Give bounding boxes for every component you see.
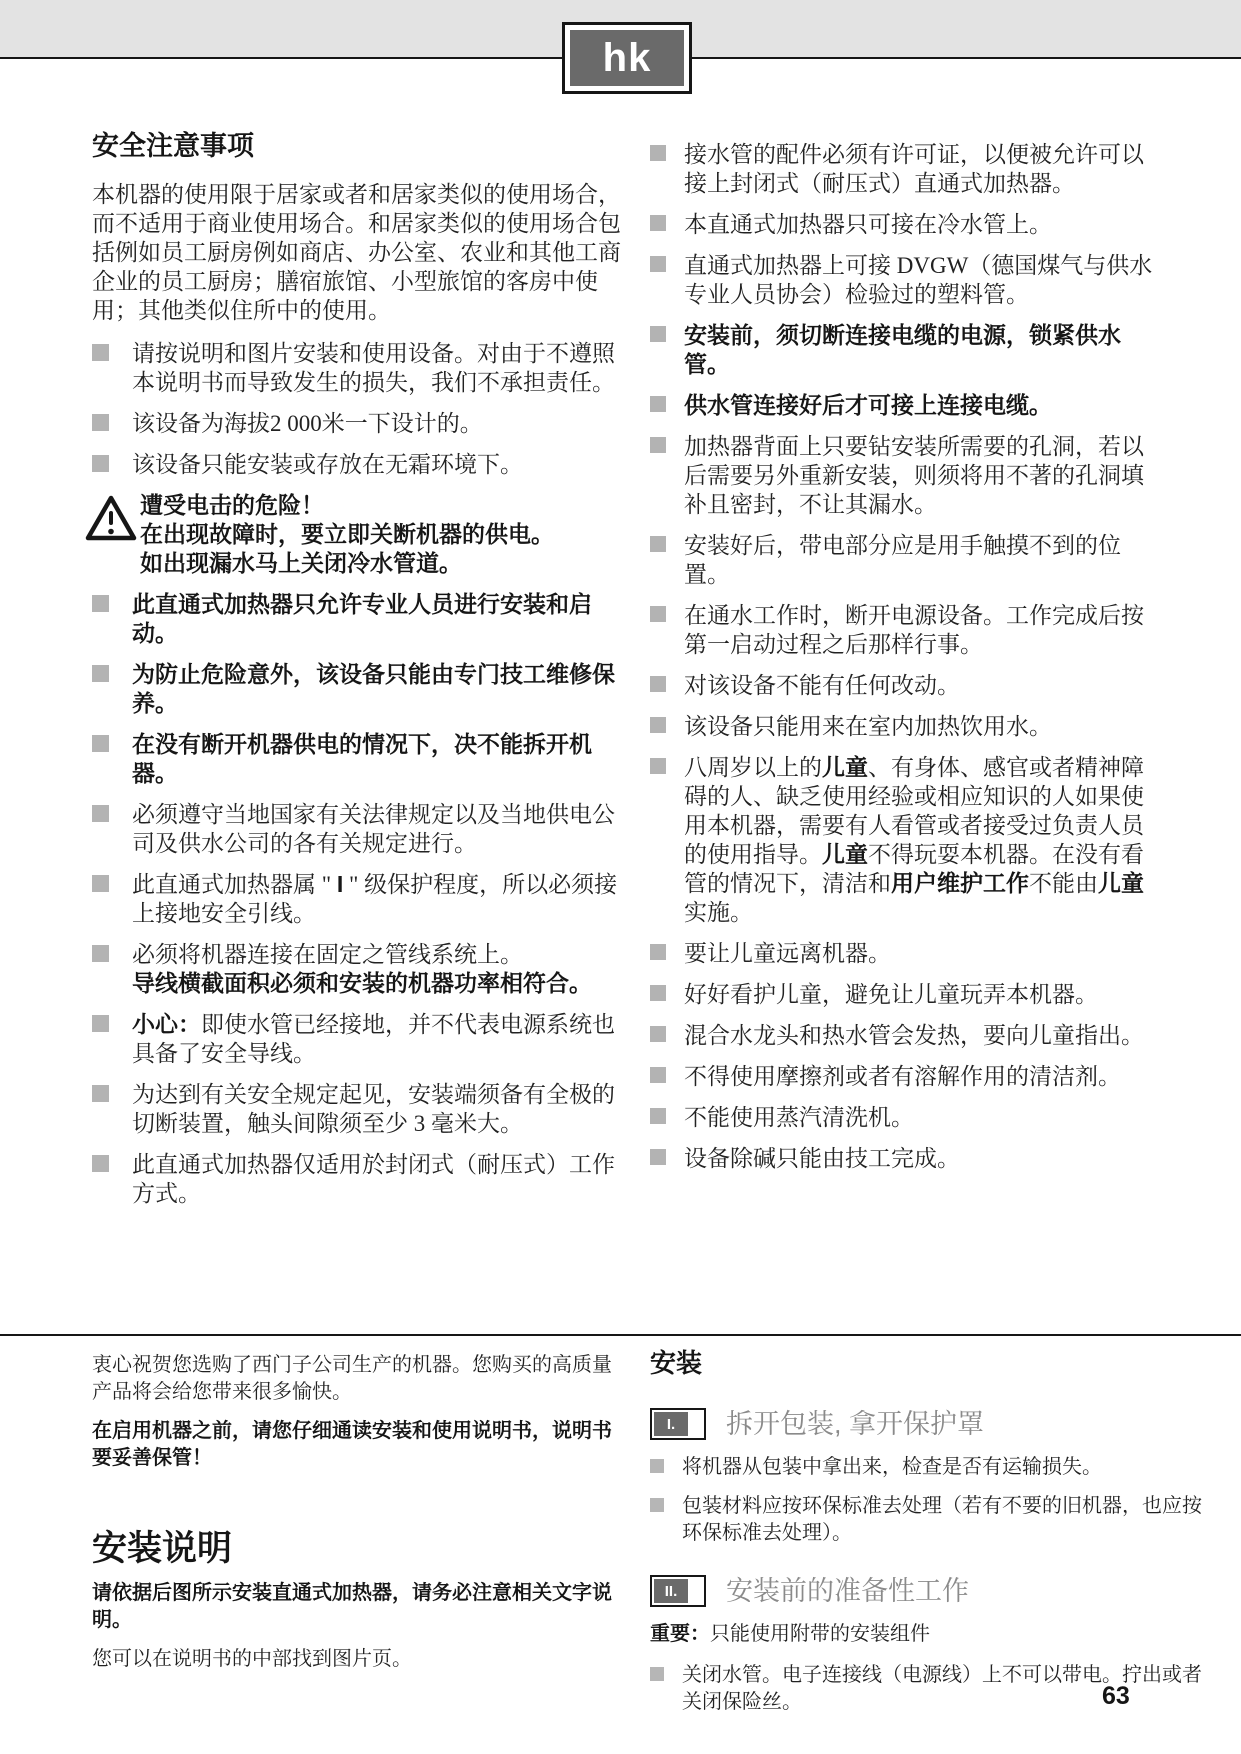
item-text: 对该设备不能有任何改动。 xyxy=(684,673,960,698)
safety-intro: 本机器的使用限于居家或者和居家类似的使用场合，而不适用于商业使用场合。和居家类似… xyxy=(92,180,626,325)
bullet-icon xyxy=(650,396,666,412)
item-text: 该设备只能安装或存放在无霜环境下。 xyxy=(132,452,523,477)
bullet-icon xyxy=(92,1015,109,1032)
install-instructions-title: 安装说明 xyxy=(92,1528,630,1570)
step-1-header: I. 拆开包装, 拿开保护罩 xyxy=(650,1408,1216,1440)
bullet-icon xyxy=(650,1459,664,1473)
item-text: 该设备为海拔2 000米一下设计的。 xyxy=(132,411,483,436)
page-number: 63 xyxy=(1102,1682,1130,1711)
item-text: 供水管连接好后才可接上连接电缆。 xyxy=(684,392,1052,418)
item-text: 本直通式加热器只可接在冷水管上。 xyxy=(684,212,1052,237)
step-2-number: II. xyxy=(654,1579,688,1603)
item-follow-instructions: 请按说明和图片安装和使用设备。对由于不遵照本说明书而导致发生的损失，我们不承担责… xyxy=(92,339,626,397)
bullet-icon xyxy=(650,758,666,774)
bullet-icon xyxy=(92,344,109,361)
warning-triangle-icon xyxy=(84,493,138,543)
item-frost-free: 该设备只能安装或存放在无霜环境下。 xyxy=(92,450,626,479)
warning-line: 如出现漏水马上关闭冷水管道。 xyxy=(140,549,626,578)
item-text: 必须遵守当地国家有关法律规定以及当地供电公司及供水公司的各有关规定进行。 xyxy=(132,802,615,856)
item-fixed-piping: 必须将机器连接在固定之管线系统上。导线横截面积必须和安装的机器功率相符合。 xyxy=(92,940,626,998)
item-disconnect-device: 为达到有关安全规定起见，安装端须备有全极的切断装置，触头间隙须至少 3 毫米大。 xyxy=(92,1080,626,1138)
bullet-icon xyxy=(650,145,666,161)
step-1-number: I. xyxy=(654,1412,688,1436)
bullet-icon xyxy=(92,595,109,612)
bullet-icon xyxy=(92,1155,109,1172)
read-manual-text: 在启用机器之前，请您仔细通读安装和使用说明书，说明书要妥善保管！ xyxy=(92,1418,630,1472)
congrats-text: 衷心祝贺您选购了西门子公司生产的机器。您购买的高质量产品将会给您带来很多愉快。 xyxy=(92,1352,630,1406)
bullet-icon xyxy=(650,1667,664,1681)
item-text: 安装前，须切断连接电缆的电源，锁紧供水管。 xyxy=(684,322,1121,377)
bullet-icon xyxy=(92,805,109,822)
electric-shock-warning: 遭受电击的危险！ 在出现故障时，要立即关断机器的供电。 如出现漏水马上关闭冷水管… xyxy=(92,491,626,578)
item-text: 安装好后，带电部分应是用手触摸不到的位置。 xyxy=(684,533,1121,587)
step-2-badge: II. xyxy=(650,1575,706,1607)
warning-line: 在出现故障时，要立即关断机器的供电。 xyxy=(140,520,626,549)
bullet-icon xyxy=(650,536,666,552)
bullet-icon xyxy=(650,1067,666,1083)
item-text: 直通式加热器上可接 DVGW（德国煤气与供水专业人员协会）检验过的塑料管。 xyxy=(684,253,1152,307)
bullet-icon xyxy=(92,735,109,752)
step-1-badge: I. xyxy=(650,1408,706,1440)
intro-block: 衷心祝贺您选购了西门子公司生产的机器。您购买的高质量产品将会给您带来很多愉快。 … xyxy=(92,1352,630,1673)
item-text: 接水管的配件必须有许可证，以便被允许可以接上封闭式（耐压式）直通式加热器。 xyxy=(684,142,1144,196)
item-text: 此直通式加热器属 " I " 级保护程度，所以必须接上接地安全引线。 xyxy=(132,872,617,926)
item-hot-tap: 混合水龙头和热水管会发热，要向儿童指出。 xyxy=(650,1021,1166,1050)
item-children-supervision: 八周岁以上的儿童、有身体、感官或者精神障碍的人、缺乏使用经验或相应知识的人如果使… xyxy=(650,753,1166,927)
item-text: 不能使用蒸汽清洗机。 xyxy=(684,1105,914,1130)
item-cold-water-only: 本直通式加热器只可接在冷水管上。 xyxy=(650,210,1166,239)
item-text: 八周岁以上的儿童、有身体、感官或者精神障碍的人、缺乏使用经验或相应知识的人如果使… xyxy=(684,755,1144,925)
follow-figures-text: 请依据后图所示安装直通式加热器，请务必注意相关文字说明。 xyxy=(92,1580,630,1634)
bullet-icon xyxy=(650,606,666,622)
bullet-icon xyxy=(92,945,109,962)
bullet-icon xyxy=(650,717,666,733)
item-drill-holes: 加热器背面上只要钻安装所需要的孔洞，若以后需要另外重新安装，则须将用不著的孔洞填… xyxy=(650,432,1166,519)
item-text: 此直通式加热器只允许专业人员进行安装和启动。 xyxy=(132,591,592,646)
item-text: 要让儿童远离机器。 xyxy=(684,941,891,966)
item-local-regulations: 必须遵守当地国家有关法律规定以及当地供电公司及供水公司的各有关规定进行。 xyxy=(92,800,626,858)
bullet-icon xyxy=(92,1085,109,1102)
bullet-icon xyxy=(650,1026,666,1042)
bullet-icon xyxy=(650,1498,664,1512)
item-text: 请按说明和图片安装和使用设备。对由于不遵照本说明书而导致发生的损失，我们不承担责… xyxy=(132,341,615,395)
item-text: 必须将机器连接在固定之管线系统上。导线横截面积必须和安装的机器功率相符合。 xyxy=(132,942,626,998)
item-connect-cable-after-water: 供水管连接好后才可接上连接电缆。 xyxy=(650,391,1166,420)
step-1-title: 拆开包装, 拿开保护罩 xyxy=(726,1411,984,1438)
item-no-modification: 对该设备不能有任何改动。 xyxy=(650,671,1166,700)
item-text: 该设备只能用来在室内加热饮用水。 xyxy=(684,714,1052,739)
item-no-steam-cleaner: 不能使用蒸汽清洗机。 xyxy=(650,1103,1166,1132)
item-text: 包装材料应按环保标准去处理（若有不要的旧机器，也应按环保标准去处理）。 xyxy=(682,1495,1202,1544)
figures-location-text: 您可以在说明书的中部找到图片页。 xyxy=(92,1646,630,1673)
item-shut-off: 关闭水管。电子连接线（电源线）上不可以带电。拧出或者关闭保险丝。 xyxy=(650,1662,1216,1716)
item-pressure-type: 此直通式加热器仅适用於封闭式（耐压式）工作方式。 xyxy=(92,1150,626,1208)
installation-title: 安装 xyxy=(650,1346,1216,1380)
item-professional-install: 此直通式加热器只允许专业人员进行安装和启动。 xyxy=(92,590,626,648)
step-2-header: II. 安装前的准备性工作 xyxy=(650,1575,1216,1607)
bullet-icon xyxy=(650,437,666,453)
safety-title: 安全注意事项 xyxy=(92,128,626,164)
language-tab-label: hk xyxy=(570,30,684,86)
item-text: 为防止危险意外，该设备只能由专门技工维修保养。 xyxy=(132,661,615,716)
bullet-icon xyxy=(650,256,666,272)
bullet-icon xyxy=(650,326,666,342)
bullet-icon xyxy=(650,944,666,960)
item-text: 在通水工作时，断开电源设备。工作完成后按第一启动过程之后那样行事。 xyxy=(684,603,1144,657)
item-keep-children-away: 要让儿童远离机器。 xyxy=(650,939,1166,968)
bullet-icon xyxy=(92,875,109,892)
bullet-icon xyxy=(650,1108,666,1124)
installation-block: 安装 I. 拆开包装, 拿开保护罩 将机器从包装中拿出来，检查是否有运输损失。 … xyxy=(650,1346,1216,1728)
safety-column-right: 接水管的配件必须有许可证，以便被允许可以接上封闭式（耐压式）直通式加热器。 本直… xyxy=(650,140,1166,1185)
bullet-icon xyxy=(650,676,666,692)
item-no-abrasives: 不得使用摩擦剂或者有溶解作用的清洁剂。 xyxy=(650,1062,1166,1091)
item-text: 将机器从包装中拿出来，检查是否有运输损失。 xyxy=(682,1456,1102,1478)
item-dvgw-pipes: 直通式加热器上可接 DVGW（德国煤气与供水专业人员协会）检验过的塑料管。 xyxy=(650,251,1166,309)
bullet-icon xyxy=(650,985,666,1001)
step-2-title: 安装前的准备性工作 xyxy=(726,1578,969,1605)
item-text: 此直通式加热器仅适用於封闭式（耐压式）工作方式。 xyxy=(132,1152,615,1206)
item-cut-power-before-install: 安装前，须切断连接电缆的电源，锁紧供水管。 xyxy=(650,321,1166,379)
item-text: 不得使用摩擦剂或者有溶解作用的清洁剂。 xyxy=(684,1064,1121,1089)
item-text: 混合水龙头和热水管会发热，要向儿童指出。 xyxy=(684,1023,1144,1048)
item-text: 为达到有关安全规定起见，安装端须备有全极的切断装置，触头间隙须至少 3 毫米大。 xyxy=(132,1082,615,1136)
language-tab: hk xyxy=(562,22,692,94)
bullet-icon xyxy=(92,455,109,472)
item-text: 加热器背面上只要钻安装所需要的孔洞，若以后需要另外重新安装，则须将用不著的孔洞填… xyxy=(684,434,1144,517)
warning-title: 遭受电击的危险！ xyxy=(140,491,626,520)
item-descaling: 设备除碱只能由技工完成。 xyxy=(650,1144,1166,1173)
item-supervise-children: 好好看护儿童，避免让儿童玩弄本机器。 xyxy=(650,980,1166,1009)
item-altitude: 该设备为海拔2 000米一下设计的。 xyxy=(92,409,626,438)
section-divider xyxy=(0,1334,1241,1336)
item-live-parts: 安装好后，带电部分应是用手触摸不到的位置。 xyxy=(650,531,1166,589)
item-service-by-technician: 为防止危险意外，该设备只能由专门技工维修保养。 xyxy=(92,660,626,718)
item-approved-fittings: 接水管的配件必须有许可证，以便被允许可以接上封闭式（耐压式）直通式加热器。 xyxy=(650,140,1166,198)
safety-column-left: 安全注意事项 本机器的使用限于居家或者和居家类似的使用场合，而不适用于商业使用场… xyxy=(92,128,626,1220)
bullet-icon xyxy=(92,665,109,682)
bullet-icon xyxy=(650,1149,666,1165)
bullet-icon xyxy=(92,414,109,431)
item-packaging: 包装材料应按环保标准去处理（若有不要的旧机器，也应按环保标准去处理）。 xyxy=(650,1493,1216,1547)
item-protection-class: 此直通式加热器属 " I " 级保护程度，所以必须接上接地安全引线。 xyxy=(92,870,626,928)
item-indoor-drinking-water: 该设备只能用来在室内加热饮用水。 xyxy=(650,712,1166,741)
important-note: 重要：只能使用附带的安装组件 xyxy=(650,1621,1216,1648)
item-caution-ground: 小心：即使水管已经接地，并不代表电源系统也具备了安全导线。 xyxy=(92,1010,626,1068)
manual-page: hk 安全注意事项 本机器的使用限于居家或者和居家类似的使用场合，而不适用于商业… xyxy=(0,0,1241,1754)
item-water-work: 在通水工作时，断开电源设备。工作完成后按第一启动过程之后那样行事。 xyxy=(650,601,1166,659)
bullet-icon xyxy=(650,215,666,231)
item-never-open: 在没有断开机器供电的情况下，决不能拆开机器。 xyxy=(92,730,626,788)
item-text: 好好看护儿童，避免让儿童玩弄本机器。 xyxy=(684,982,1098,1007)
item-unpack: 将机器从包装中拿出来，检查是否有运输损失。 xyxy=(650,1454,1216,1481)
item-text: 设备除碱只能由技工完成。 xyxy=(684,1146,960,1171)
item-text: 小心：即使水管已经接地，并不代表电源系统也具备了安全导线。 xyxy=(132,1012,615,1066)
item-text: 在没有断开机器供电的情况下，决不能拆开机器。 xyxy=(132,731,592,786)
